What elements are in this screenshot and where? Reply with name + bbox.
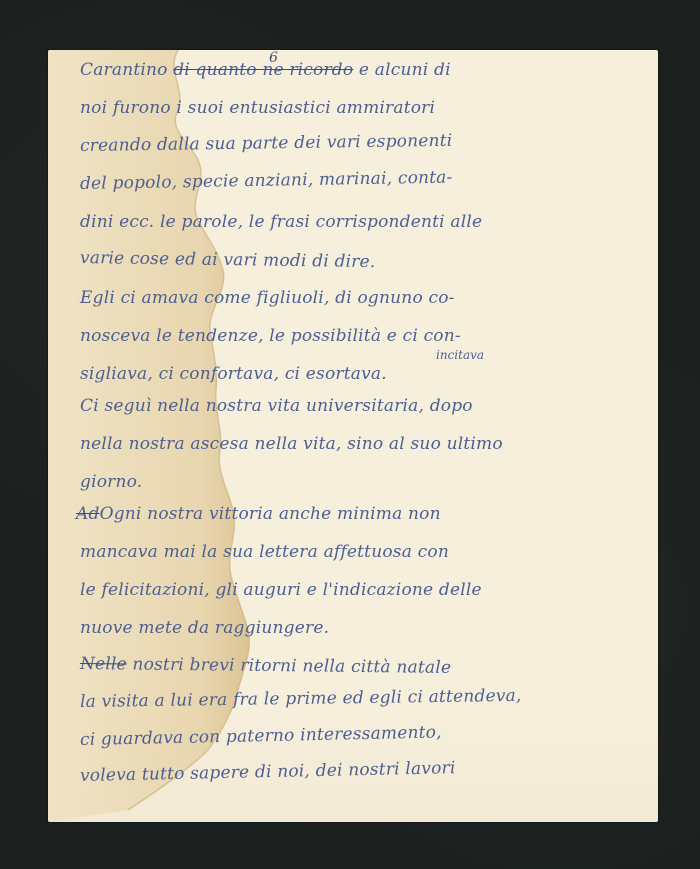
text-line-1: Carantino di quanto ne ricordo e alcuni … — [80, 60, 451, 80]
text-line-6: varie cose ed ai vari modi di dire. — [80, 248, 376, 272]
text-line-13: AdOgni nostra vittoria anche minima non — [76, 504, 441, 524]
letter-page: 6 Carantino di quanto ne ricordo e alcun… — [48, 50, 658, 822]
text-line-14: mancava mai la sua lettera affettuosa co… — [80, 542, 449, 562]
line-text: Carantino — [80, 60, 173, 80]
line-text: nostri brevi ritorni nella città natale — [127, 654, 452, 677]
struck-text: di quanto ne ricordo — [173, 60, 353, 80]
text-line-16: nuove mete da raggiungere. — [80, 618, 329, 638]
text-line-7: Egli ci amava come figliuoli, di ognuno … — [80, 288, 455, 308]
text-line-2: noi furono i suoi entusiastici ammirator… — [80, 98, 435, 118]
text-line-5: dini ecc. le parole, le frasi corrispond… — [80, 212, 482, 232]
insertion-above-line: incitava — [436, 348, 484, 362]
text-line-17: Nelle nostri brevi ritorni nella città n… — [80, 654, 451, 678]
line-text: Ogni nostra vittoria anche minima non — [100, 504, 441, 524]
text-line-8: nosceva le tendenze, le possibilità e ci… — [80, 326, 461, 346]
text-line-12: giorno. — [80, 472, 142, 492]
line-text: e alcuni di — [353, 60, 450, 80]
struck-text: Nelle — [80, 654, 127, 674]
text-line-15: le felicitazioni, gli auguri e l'indicaz… — [80, 580, 482, 600]
text-line-11: nella nostra ascesa nella vita, sino al … — [80, 434, 503, 454]
text-line-10: Ci seguì nella nostra vita universitaria… — [80, 396, 473, 416]
struck-text: Ad — [76, 504, 100, 524]
text-line-9: sigliava, ci confortava, ci esortava. — [80, 364, 387, 384]
